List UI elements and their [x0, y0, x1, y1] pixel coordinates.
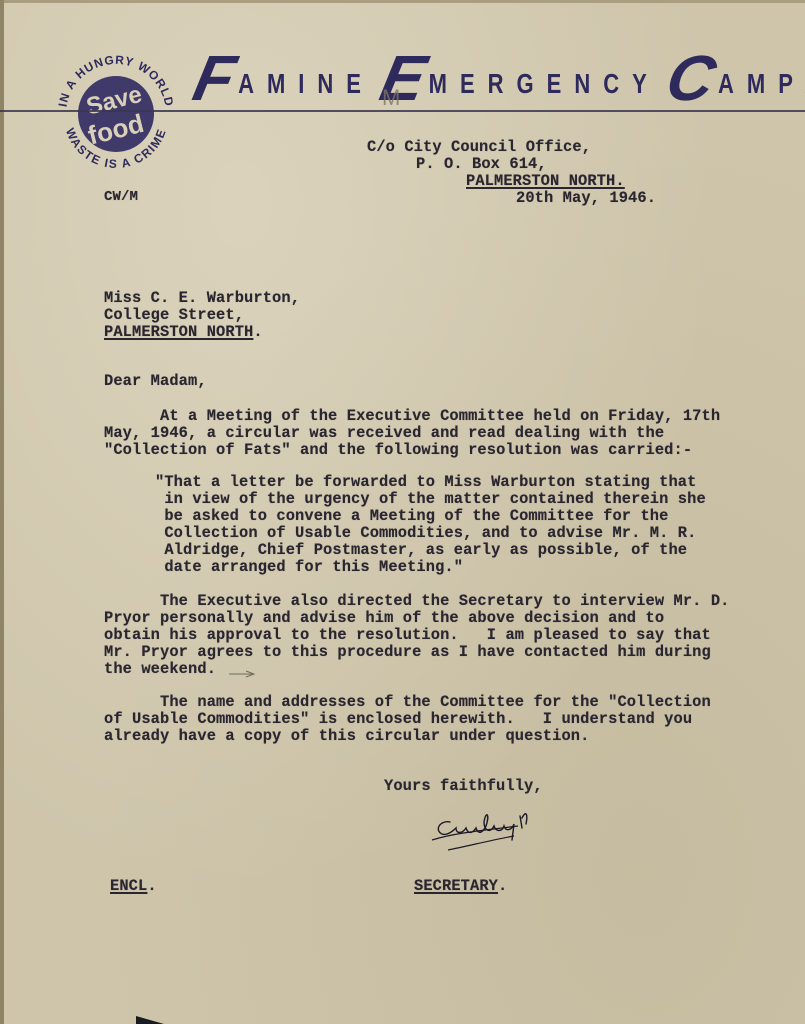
sender-address-line1: C/o City Council Office, [367, 139, 591, 156]
recipient-street: College Street, [104, 307, 244, 324]
para1-line1: At a Meeting of the Executive Committee … [104, 408, 720, 425]
para3-line2: of Usable Commodities" is enclosed herew… [104, 711, 692, 728]
recipient-city-line: PALMERSTON NORTH. [104, 324, 263, 341]
recipient-name: Miss C. E. Warburton, [104, 290, 300, 307]
resolution-line4: Collection of Usable Commodities, and to… [155, 525, 696, 542]
para3-line1: The name and addresses of the Committee … [104, 694, 711, 711]
letter-date: 20th May, 1946. [516, 190, 656, 207]
letterhead-rule [0, 110, 805, 112]
para2-line1: The Executive also directed the Secretar… [104, 593, 730, 610]
recipient-city-suffix: . [253, 323, 262, 341]
sender-address-line2: P. O. Box 614, [416, 156, 547, 173]
title-rest-mergency: MERGENCY [429, 71, 660, 99]
enclosure-note: ENCL. [110, 878, 157, 895]
signatory-suffix: . [498, 877, 507, 895]
signatory-title: SECRETARY [414, 877, 498, 895]
resolution-line6: date arranged for this Meeting." [155, 559, 463, 576]
pencil-annotation: M [382, 85, 400, 111]
recipient-city: PALMERSTON NORTH [104, 323, 253, 341]
para2-line4: Mr. Pryor agrees to this procedure as I … [104, 644, 711, 661]
enclosure-label: ENCL [110, 877, 147, 895]
resolution-line1: "That a letter be forwarded to Miss Warb… [155, 474, 696, 491]
para1-line2: May, 1946, a circular was received and r… [104, 425, 664, 442]
sender-address-city: PALMERSTON NORTH. [466, 173, 625, 190]
salutation: Dear Madam, [104, 373, 207, 390]
resolution-line2: in view of the urgency of the matter con… [155, 491, 706, 508]
resolution-line3: be asked to convene a Meeting of the Com… [155, 508, 668, 525]
paper-top-edge [0, 0, 805, 3]
closing: Yours faithfully, [384, 778, 543, 795]
para2-line3: obtain his approval to the resolution. I… [104, 627, 711, 644]
paper-left-edge [0, 0, 4, 1024]
title-cap-c: C [661, 48, 720, 108]
save-food-logo-icon: IN A HUNGRY WORLD WASTE IS A CRIME Save … [52, 50, 180, 178]
para2-line5: the weekend. [104, 661, 216, 678]
signatory-title-line: SECRETARY. [414, 878, 507, 895]
corner-mark [136, 1016, 164, 1024]
para1-line3: "Collection of Fats" and the following r… [104, 442, 692, 459]
letterhead-title: F AMINE E MERGENCY C AMPAIGN [195, 44, 805, 108]
para2-line2: Pryor personally and advise him of the a… [104, 610, 664, 627]
title-rest-amine: AMINE [238, 71, 374, 99]
title-cap-f: F [189, 48, 241, 108]
pencil-arrow-mark-icon [228, 670, 256, 678]
resolution-line5: Aldridge, Chief Postmaster, as early as … [155, 542, 687, 559]
handwritten-signature-icon [428, 800, 568, 860]
enclosure-suffix: . [147, 877, 156, 895]
reference-code: CW/M [104, 189, 138, 206]
title-rest-ampaign: AMPAIGN [718, 71, 805, 99]
para3-line3: already have a copy of this circular und… [104, 728, 589, 745]
